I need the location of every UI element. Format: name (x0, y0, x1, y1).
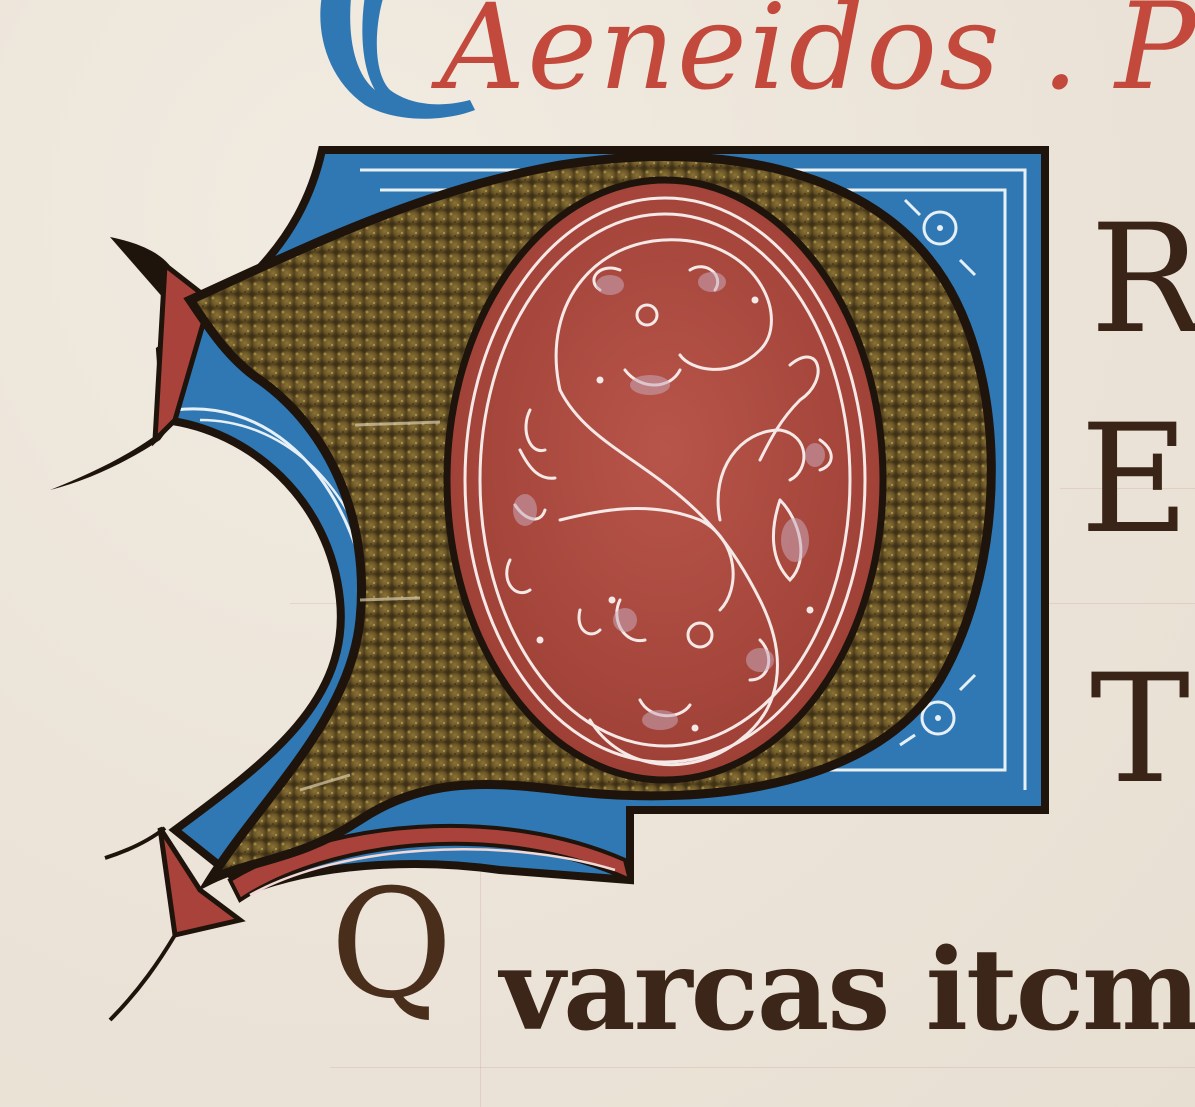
side-capital-r: R (1090, 205, 1195, 355)
line-capital-q: Q (330, 870, 453, 1020)
side-capital-e: E (1080, 405, 1190, 555)
body-text-line: varcas itcm r (500, 935, 1195, 1047)
side-capital-t: T (1090, 655, 1190, 805)
manuscript-page: Aeneidos . P (0, 0, 1195, 1107)
